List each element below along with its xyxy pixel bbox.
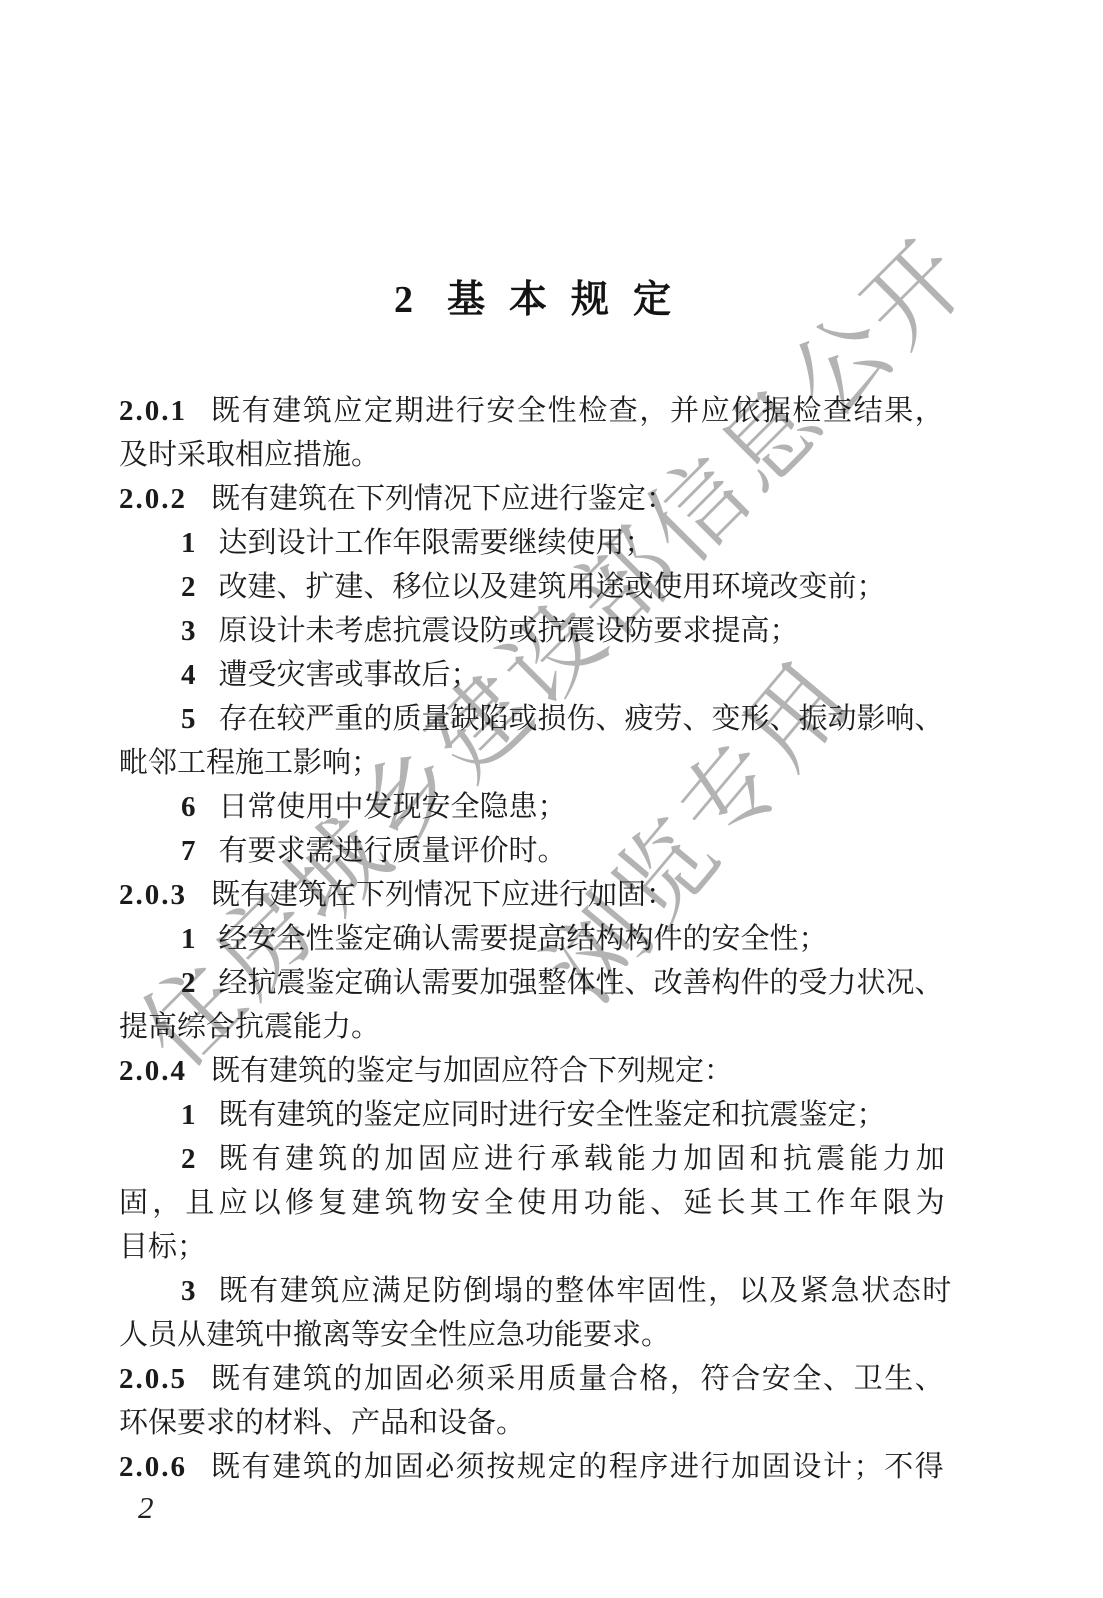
- line-text: 有要求需进行质量评价时。: [219, 835, 567, 867]
- line-text: 毗邻工程施工影响；: [119, 747, 380, 779]
- line-number: 2: [181, 1143, 198, 1175]
- item-line: 2改建、扩建、移位以及建筑用途或使用环境改变前；: [119, 565, 946, 609]
- clause-line: 2.0.1既有建筑应定期进行安全性检查，并应依据检查结果，: [119, 389, 946, 433]
- line-number: 1: [181, 527, 198, 559]
- clause-line: 2.0.2既有建筑在下列情况下应进行鉴定：: [119, 477, 946, 521]
- line-text: 既有建筑的加固必须按规定的程序进行加固设计；不得: [211, 1451, 945, 1483]
- line-text: 经抗震鉴定确认需要加强整体性、改善构件的受力状况、: [219, 967, 944, 999]
- line-number: 2.0.1: [119, 395, 187, 427]
- document-page: 住房城乡建设部信息公开 浏览专用 2基本规定 2.0.1既有建筑应定期进行安全性…: [0, 0, 1103, 1598]
- wrap-line: 及时采取相应措施。: [119, 433, 946, 477]
- wrap-line: 固，且应以修复建筑物安全使用功能、延长其工作年限为: [119, 1181, 946, 1225]
- item-line: 1经安全性鉴定确认需要提高结构构件的安全性；: [119, 917, 946, 961]
- line-number: 2.0.4: [119, 1055, 187, 1087]
- line-text: 及时采取相应措施。: [119, 439, 380, 471]
- line-text: 既有建筑的加固必须采用质量合格，符合安全、卫生、: [211, 1363, 945, 1395]
- line-number: 2: [181, 967, 198, 999]
- line-text: 目标；: [119, 1231, 206, 1263]
- item-line: 3既有建筑应满足防倒塌的整体牢固性，以及紧急状态时: [119, 1269, 946, 1313]
- item-line: 3原设计未考虑抗震设防或抗震设防要求提高；: [119, 609, 946, 653]
- line-text: 存在较严重的质量缺陷或损伤、疲劳、变形、振动影响、: [219, 703, 944, 735]
- line-text: 环保要求的材料、产品和设备。: [119, 1407, 525, 1439]
- line-text: 既有建筑在下列情况下应进行加固：: [211, 879, 675, 911]
- line-number: 2.0.3: [119, 879, 187, 911]
- item-line: 1既有建筑的鉴定应同时进行安全性鉴定和抗震鉴定；: [119, 1093, 946, 1137]
- line-number: 7: [181, 835, 198, 867]
- item-line: 2经抗震鉴定确认需要加强整体性、改善构件的受力状况、: [119, 961, 946, 1005]
- line-text: 既有建筑的加固应进行承载能力加固和抗震能力加: [219, 1143, 949, 1175]
- line-number: 3: [181, 615, 198, 647]
- clause-line: 2.0.5既有建筑的加固必须采用质量合格，符合安全、卫生、: [119, 1357, 946, 1401]
- line-text: 遭受灾害或事故后；: [219, 659, 480, 691]
- line-number: 2.0.2: [119, 483, 187, 515]
- item-line: 6日常使用中发现安全隐患；: [119, 785, 946, 829]
- line-text: 既有建筑的鉴定与加固应符合下列规定：: [211, 1055, 733, 1087]
- line-text: 人员从建筑中撤离等安全性应急功能要求。: [119, 1319, 670, 1351]
- line-text: 既有建筑的鉴定应同时进行安全性鉴定和抗震鉴定；: [219, 1099, 886, 1131]
- line-text: 既有建筑在下列情况下应进行鉴定：: [211, 483, 675, 515]
- line-text: 固，且应以修复建筑物安全使用功能、延长其工作年限为: [119, 1187, 949, 1219]
- line-number: 2: [181, 571, 198, 603]
- line-text: 提高综合抗震能力。: [119, 1011, 380, 1043]
- line-text: 原设计未考虑抗震设防或抗震设防要求提高；: [219, 615, 799, 647]
- item-line: 1达到设计工作年限需要继续使用；: [119, 521, 946, 565]
- page-number: 2: [138, 1490, 154, 1526]
- line-text: 达到设计工作年限需要继续使用；: [219, 527, 654, 559]
- line-number: 1: [181, 1099, 198, 1131]
- line-number: 5: [181, 703, 198, 735]
- line-number: 6: [181, 791, 198, 823]
- wrap-line: 目标；: [119, 1225, 946, 1269]
- chapter-title-text: 基本规定: [447, 279, 695, 321]
- content-lines: 2.0.1既有建筑应定期进行安全性检查，并应依据检查结果，及时采取相应措施。2.…: [119, 389, 946, 1489]
- chapter-number: 2: [394, 279, 413, 321]
- wrap-line: 人员从建筑中撤离等安全性应急功能要求。: [119, 1313, 946, 1357]
- item-line: 4遭受灾害或事故后；: [119, 653, 946, 697]
- line-number: 1: [181, 923, 198, 955]
- clause-line: 2.0.3既有建筑在下列情况下应进行加固：: [119, 873, 946, 917]
- line-text: 改建、扩建、移位以及建筑用途或使用环境改变前；: [219, 571, 886, 603]
- item-line: 5存在较严重的质量缺陷或损伤、疲劳、变形、振动影响、: [119, 697, 946, 741]
- line-number: 3: [181, 1275, 198, 1307]
- wrap-line: 提高综合抗震能力。: [119, 1005, 946, 1049]
- clause-line: 2.0.6既有建筑的加固必须按规定的程序进行加固设计；不得: [119, 1445, 946, 1489]
- item-line: 2既有建筑的加固应进行承载能力加固和抗震能力加: [119, 1137, 946, 1181]
- line-text: 日常使用中发现安全隐患；: [219, 791, 567, 823]
- line-number: 2.0.5: [119, 1363, 187, 1395]
- line-number: 2.0.6: [119, 1451, 187, 1483]
- wrap-line: 环保要求的材料、产品和设备。: [119, 1401, 946, 1445]
- line-text: 既有建筑应定期进行安全性检查，并应依据检查结果，: [211, 395, 945, 427]
- item-line: 7有要求需进行质量评价时。: [119, 829, 946, 873]
- clause-line: 2.0.4既有建筑的鉴定与加固应符合下列规定：: [119, 1049, 946, 1093]
- line-text: 既有建筑应满足防倒塌的整体牢固性，以及紧急状态时: [219, 1275, 953, 1307]
- wrap-line: 毗邻工程施工影响；: [119, 741, 946, 785]
- line-text: 经安全性鉴定确认需要提高结构构件的安全性；: [219, 923, 828, 955]
- line-number: 4: [181, 659, 198, 691]
- chapter-title: 2基本规定: [119, 268, 946, 323]
